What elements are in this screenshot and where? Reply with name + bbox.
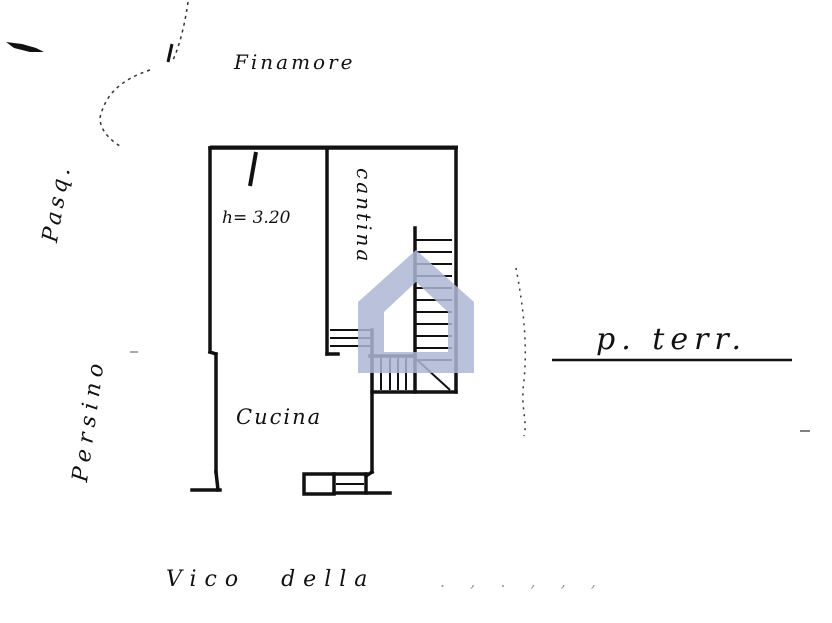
pencil-curve (100, 2, 188, 146)
floor-label: p. terr. (596, 322, 747, 357)
bottom-street-label: Vico della (166, 567, 375, 592)
room-label-cucina: Cucina (236, 405, 322, 429)
room-label-cantina: cantina (352, 168, 376, 264)
top-street-label: Finamore (234, 50, 355, 74)
ink-smudge (6, 42, 44, 52)
height-label: h= 3.20 (222, 208, 290, 228)
floor-plan-drawing (0, 0, 832, 623)
bottom-street-faded: . , . , , , (440, 572, 606, 591)
